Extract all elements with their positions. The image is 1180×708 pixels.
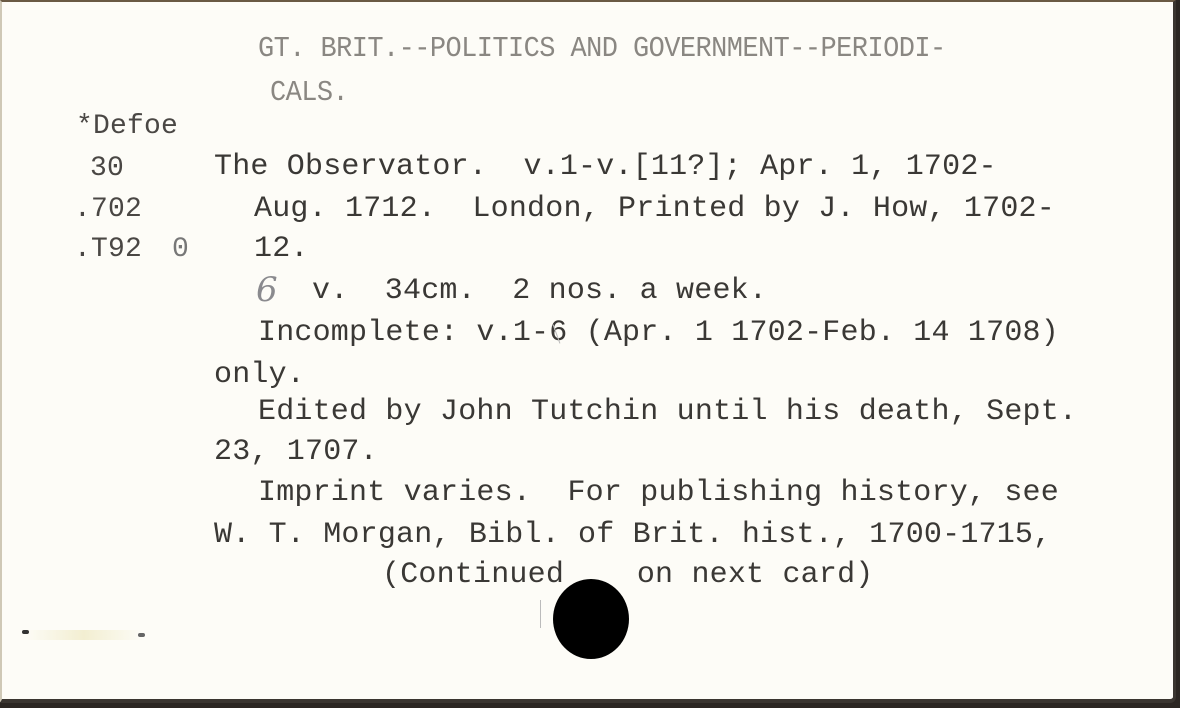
catalog-card: GT. BRIT.--POLITICS AND GOVERNMENT--PERI… xyxy=(0,0,1176,703)
continued-note: (Continued on next card) xyxy=(382,558,873,592)
imprint-end-line: 12. xyxy=(254,232,309,266)
subject-heading-line-2: CALS. xyxy=(270,76,348,110)
editor-note-end-line: 23, 1707. xyxy=(214,435,378,469)
physical-description-line: v. 34cm. 2 nos. a week. xyxy=(312,274,767,308)
dates-imprint-line: Aug. 1712. London, Printed by J. How, 17… xyxy=(254,192,1055,226)
imprint-note-line: Imprint varies. For publishing history, … xyxy=(258,476,1059,510)
ink-dot xyxy=(138,633,145,637)
holdings-note-end-line: only. xyxy=(214,358,305,392)
handwritten-volume-count: 6 xyxy=(256,270,278,310)
holdings-note-line: Incomplete: v.1-6 (Apr. 1 1702-Feb. 14 1… xyxy=(258,316,1059,350)
editor-note-line: Edited by John Tutchin until his death, … xyxy=(258,395,1077,429)
call-number-line-3: .702 xyxy=(74,193,142,227)
title-line: The Observator. v.1-v.[11?]; Apr. 1, 170… xyxy=(214,150,997,184)
call-number-line-4: .T92 xyxy=(74,233,142,267)
subject-heading-line-1: GT. BRIT.--POLITICS AND GOVERNMENT--PERI… xyxy=(258,32,946,66)
call-number-note: 0 xyxy=(172,233,189,267)
filing-hole-icon xyxy=(553,579,629,659)
call-number-line-1: *Defoe xyxy=(76,110,178,144)
call-number-line-2: 30 xyxy=(90,152,124,186)
smudge-mark xyxy=(24,630,144,640)
scratch-mark xyxy=(540,600,541,628)
ink-dot xyxy=(22,630,29,634)
reference-note-line: W. T. Morgan, Bibl. of Brit. hist., 1700… xyxy=(214,518,1051,552)
